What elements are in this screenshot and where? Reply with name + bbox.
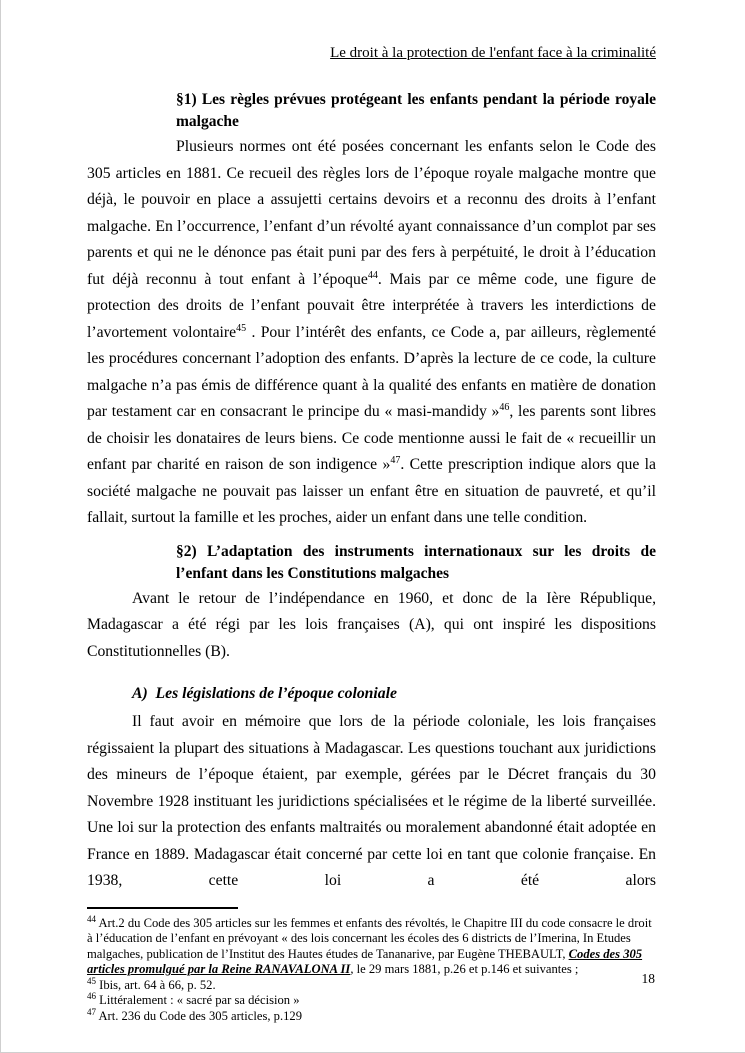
subsection-a-paragraph: Il faut avoir en mémoire que lors de la … xyxy=(87,709,656,895)
footnote-47-text: Art. 236 du Code des 305 articles, p.129 xyxy=(96,1009,302,1023)
footnotes-area: 44 Art.2 du Code des 305 articles sur le… xyxy=(87,907,656,1025)
footnote-45: 45 Ibis, art. 64 à 66, p. 52. xyxy=(87,978,656,994)
page-header: Le droit à la protection de l'enfant fac… xyxy=(87,44,656,63)
footnote-45-text: Ibis, art. 64 à 66, p. 52. xyxy=(96,978,216,992)
subsection-a-heading: A) Les législations de l’époque colonial… xyxy=(132,681,656,707)
footnote-44-marker: 44 xyxy=(87,913,96,923)
footnote-46-marker: 46 xyxy=(87,991,96,1001)
footnote-44: 44 Art.2 du Code des 305 articles sur le… xyxy=(87,916,656,978)
footnote-47: 47 Art. 236 du Code des 305 articles, p.… xyxy=(87,1009,656,1025)
section-1-paragraph: Plusieurs normes ont été posées concerna… xyxy=(87,134,656,532)
footnote-47-marker: 47 xyxy=(87,1007,96,1017)
footnote-44-text: Art.2 du Code des 305 articles sur les f… xyxy=(87,916,652,977)
section-2-paragraph: Avant le retour de l’indépendance en 196… xyxy=(87,586,656,666)
page-number: 18 xyxy=(642,971,656,987)
section-2-heading: §2) L’adaptation des instruments interna… xyxy=(176,541,656,585)
footnote-separator xyxy=(87,907,238,909)
footnote-46-text: Littéralement : « sacré par sa décision … xyxy=(96,993,300,1007)
running-title: Le droit à la protection de l'enfant fac… xyxy=(330,45,656,61)
section-1-heading: §1) Les règles prévues protégeant les en… xyxy=(176,89,656,133)
footnote-45-marker: 45 xyxy=(87,976,96,986)
footnote-46: 46 Littéralement : « sacré par sa décisi… xyxy=(87,993,656,1009)
document-page: Le droit à la protection de l'enfant fac… xyxy=(0,0,745,1053)
